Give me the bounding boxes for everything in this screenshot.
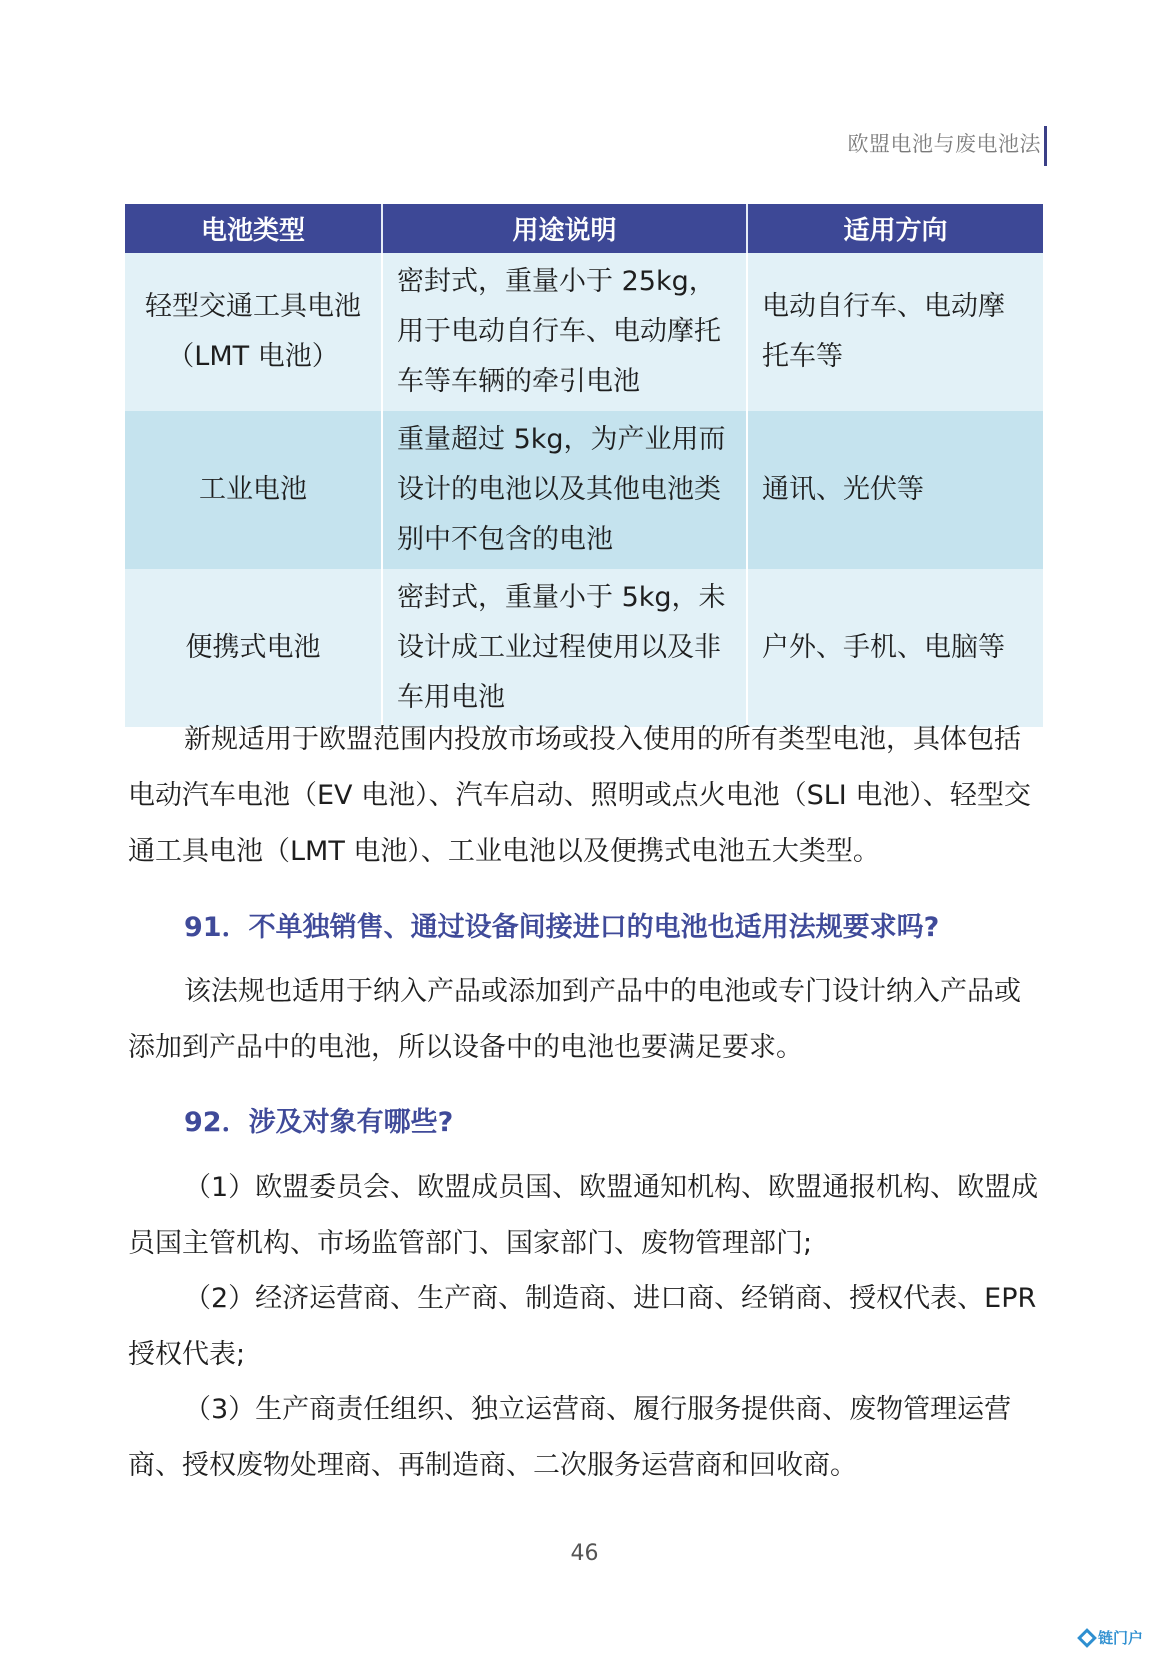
cell-type: 工业电池 — [125, 411, 382, 569]
running-header-title: 欧盟电池与废电池法 — [848, 128, 1042, 158]
cell-application: 电动自行车、电动摩托车等 — [747, 253, 1043, 411]
intro-paragraph: 新规适用于欧盟范围内投放市场或投入使用的所有类型电池，具体包括电动汽车电池（EV… — [128, 712, 1043, 880]
header-accent-bar — [1044, 126, 1047, 166]
watermark-text: 链门户 — [1098, 1627, 1143, 1648]
watermark-logo: 链门户 — [1080, 1627, 1143, 1648]
table-header-row: 电池类型 用途说明 适用方向 — [125, 204, 1043, 253]
page-number: 46 — [0, 1541, 1169, 1566]
cell-usage: 重量超过 5kg，为产业用而设计的电池以及其他电池类别中不包含的电池 — [382, 411, 747, 569]
question-91-answer: 该法规也适用于纳入产品或添加到产品中的电池或专门设计纳入产品或添加到产品中的电池… — [128, 964, 1043, 1076]
question-91-heading: 91．不单独销售、通过设备间接进口的电池也适用法规要求吗? — [184, 905, 939, 944]
cell-application: 户外、手机、电脑等 — [747, 569, 1043, 727]
cell-application: 通讯、光伏等 — [747, 411, 1043, 569]
table-row: 轻型交通工具电池（LMT 电池） 密封式，重量小于 25kg，用于电动自行车、电… — [125, 253, 1043, 411]
column-header-type: 电池类型 — [125, 204, 382, 253]
column-header-application: 适用方向 — [747, 204, 1043, 253]
question-92-item-1: （1）欧盟委员会、欧盟成员国、欧盟通知机构、欧盟通报机构、欧盟成员国主管机构、市… — [128, 1160, 1043, 1272]
cell-type: 便携式电池 — [125, 569, 382, 727]
cell-type: 轻型交通工具电池（LMT 电池） — [125, 253, 382, 411]
cell-usage: 密封式，重量小于 25kg，用于电动自行车、电动摩托车等车辆的牵引电池 — [382, 253, 747, 411]
question-92-item-2: （2）经济运营商、生产商、制造商、进口商、经销商、授权代表、EPR 授权代表; — [128, 1271, 1043, 1383]
table-row: 工业电池 重量超过 5kg，为产业用而设计的电池以及其他电池类别中不包含的电池 … — [125, 411, 1043, 569]
battery-type-table: 电池类型 用途说明 适用方向 轻型交通工具电池（LMT 电池） 密封式，重量小于… — [125, 204, 1043, 727]
column-header-usage: 用途说明 — [382, 204, 747, 253]
question-92-heading: 92．涉及对象有哪些? — [184, 1100, 453, 1139]
diamond-logo-icon — [1077, 1628, 1097, 1648]
cell-usage: 密封式，重量小于 5kg，未设计成工业过程使用以及非车用电池 — [382, 569, 747, 727]
table-row: 便携式电池 密封式，重量小于 5kg，未设计成工业过程使用以及非车用电池 户外、… — [125, 569, 1043, 727]
question-92-item-3: （3）生产商责任组织、独立运营商、履行服务提供商、废物管理运营商、授权废物处理商… — [128, 1382, 1043, 1494]
